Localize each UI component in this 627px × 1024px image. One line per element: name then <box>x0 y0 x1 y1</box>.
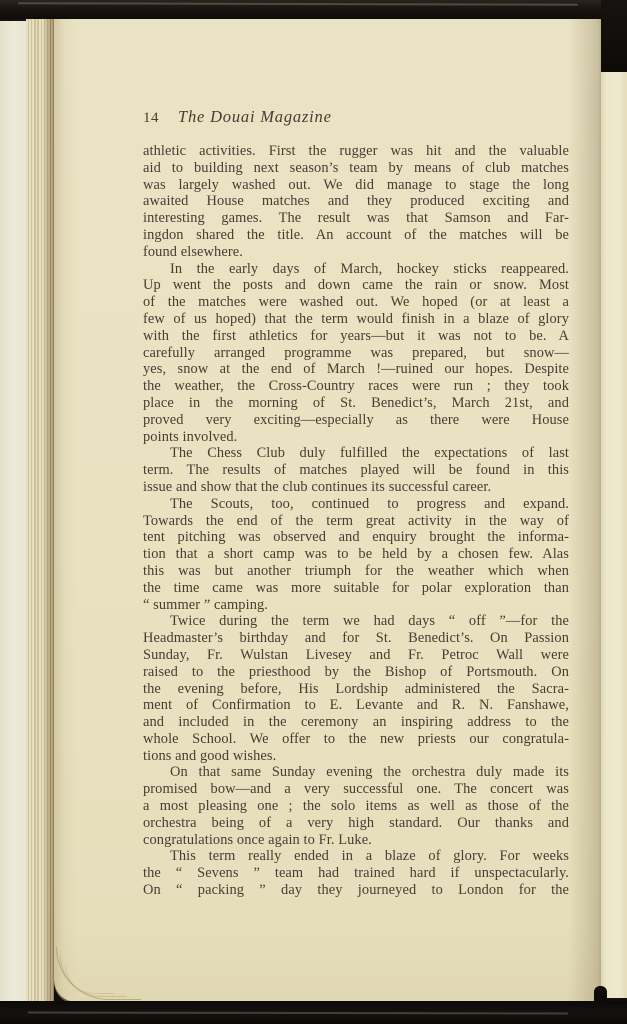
text-line: tent pitching was observed and enquiry b… <box>143 529 569 546</box>
text-line: ingdon shared the title. An account of t… <box>143 227 569 244</box>
text-line: whole School. We offer to the new priest… <box>143 731 569 748</box>
text-line: In the early days of March, hockey stick… <box>143 261 569 278</box>
page-content: 14The Douai Magazine athletic activities… <box>143 107 569 899</box>
text-line: found elsewhere. <box>143 244 569 261</box>
text-line: the evening before, His Lordship adminis… <box>143 681 569 698</box>
paragraph: On that same Sunday evening the orchestr… <box>143 764 569 848</box>
page-gap-shadow <box>594 986 607 1002</box>
text-line: Up went the posts and down came the rain… <box>143 277 569 294</box>
text-line: promised bow—and a very successful one. … <box>143 781 569 798</box>
text-line: interesting games. The result was that S… <box>143 210 569 227</box>
text-line: Headmaster’s birthday and for St. Benedi… <box>143 630 569 647</box>
text-line: aid to building next season’s team by me… <box>143 160 569 177</box>
text-line: raised to the priesthood by the Bishop o… <box>143 664 569 681</box>
book-cover-top-edge <box>0 0 627 19</box>
paragraph: Twice during the term we had days “ off … <box>143 613 569 764</box>
running-header: 14The Douai Magazine <box>143 107 569 127</box>
page-stack-gutter-lines <box>26 19 54 1010</box>
text-line: few of us hoped) that the term would fin… <box>143 311 569 328</box>
text-line: the weather, the Cross-Country races wer… <box>143 378 569 395</box>
text-line: congratulations once again to Fr. Luke. <box>143 832 569 849</box>
body-text: athletic activities. First the rugger wa… <box>143 143 569 899</box>
text-line: The Chess Club duly fulfilled the expect… <box>143 445 569 462</box>
book-cover-bottom-edge <box>0 1001 627 1024</box>
text-line: athletic activities. First the rugger wa… <box>143 143 569 160</box>
text-line: a most pleasing one ; the solo items as … <box>143 798 569 815</box>
paragraph: This term really ended in a blaze of glo… <box>143 848 569 898</box>
text-line: This term really ended in a blaze of glo… <box>143 848 569 865</box>
text-line: yes, snow at the end of March !—ruined o… <box>143 361 569 378</box>
underlying-page-edge <box>598 24 627 998</box>
text-line: the time came was more suitable for pola… <box>143 580 569 597</box>
cover-scratch-highlight <box>18 2 578 5</box>
text-line: Towards the end of the term great activi… <box>143 513 569 530</box>
scanned-book-photo: 14The Douai Magazine athletic activities… <box>0 0 627 1024</box>
text-line: place in the morning of St. Benedict’s, … <box>143 395 569 412</box>
paragraph: In the early days of March, hockey stick… <box>143 261 569 446</box>
facing-page-edge <box>0 21 26 1014</box>
paragraph: athletic activities. First the rugger wa… <box>143 143 569 261</box>
text-line: carefully arranged programme was prepare… <box>143 345 569 362</box>
text-line: orchestra being of a very high standard.… <box>143 815 569 832</box>
cover-scratch-highlight <box>28 1012 568 1014</box>
text-line: and included in the ceremony an inspirin… <box>143 714 569 731</box>
text-line: The Scouts, too, continued to progress a… <box>143 496 569 513</box>
text-line: “ summer ” camping. <box>143 597 569 614</box>
text-line: term. The results of matches played will… <box>143 462 569 479</box>
text-line: the “ Sevens ” team had trained hard if … <box>143 865 569 882</box>
text-line: Twice during the term we had days “ off … <box>143 613 569 630</box>
text-line: On “ packing ” day they journeyed to Lon… <box>143 882 569 899</box>
text-line: issue and show that the club continues i… <box>143 479 569 496</box>
text-line: tions and good wishes. <box>143 748 569 765</box>
page-corner-curl-line <box>65 965 114 994</box>
text-line: points involved. <box>143 429 569 446</box>
text-line: was largely washed out. We did manage to… <box>143 177 569 194</box>
text-line: ment of Confirmation to E. Levante and R… <box>143 697 569 714</box>
text-line: of the matches were washed out. We hoped… <box>143 294 569 311</box>
book-cover-corner <box>601 0 627 72</box>
paragraph: The Scouts, too, continued to progress a… <box>143 496 569 614</box>
paragraph: The Chess Club duly fulfilled the expect… <box>143 445 569 495</box>
magazine-title: The Douai Magazine <box>178 107 332 126</box>
page-number: 14 <box>143 110 159 126</box>
text-line: this was but another triumph for the wea… <box>143 563 569 580</box>
text-line: proved very exciting—especially as there… <box>143 412 569 429</box>
text-line: with the first athletics for years—but i… <box>143 328 569 345</box>
text-line: Sunday, Fr. Wulstan Livesey and Fr. Petr… <box>143 647 569 664</box>
text-line: awaited House matches and they produced … <box>143 193 569 210</box>
text-line: tion that a short camp was to be held by… <box>143 546 569 563</box>
text-line: On that same Sunday evening the orchestr… <box>143 764 569 781</box>
